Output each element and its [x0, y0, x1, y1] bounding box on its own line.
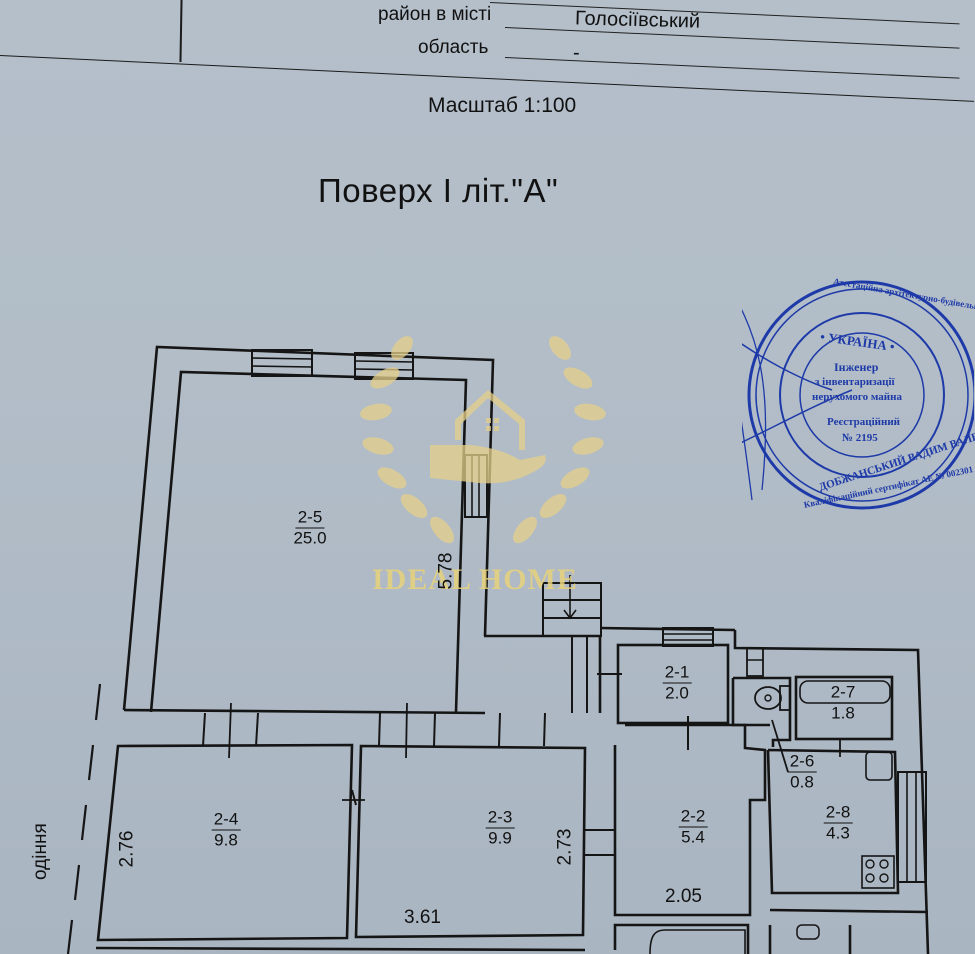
room-2-7: 2-7 1.8 — [829, 683, 858, 724]
stamp-line3: нерухомого майна — [812, 391, 902, 403]
dimension-3-61: 3.61 — [404, 907, 441, 929]
room-2-4: 2-4 9.8 — [212, 810, 241, 851]
watermark-laurel-icon — [359, 332, 607, 547]
stamp-line5: № 2195 — [842, 432, 878, 444]
dimension-2-73: 2.73 — [554, 829, 576, 866]
room-2-1: 2-1 2.0 — [663, 663, 692, 704]
edge-label: одіння — [30, 823, 52, 880]
room-number: 2-3 — [486, 808, 515, 829]
room-2-8: 2-8 4.3 — [824, 803, 853, 844]
room-number: 2-4 — [212, 810, 241, 831]
room-number: 2-5 — [296, 508, 325, 529]
room-2-5: 2-5 25.0 — [293, 508, 326, 549]
room-number: 2-1 — [663, 663, 692, 684]
room-2-3: 2-3 9.9 — [486, 808, 515, 849]
room-2-6: 2-6 0.8 — [788, 752, 817, 793]
stamp-line2: з інвентаризації — [815, 376, 895, 388]
room-area: 2.0 — [665, 684, 689, 703]
official-stamp: • УКРАЇНА • Інженер з інвентаризації нер… — [742, 270, 974, 520]
room-area: 4.3 — [826, 824, 850, 843]
room-area: 0.8 — [790, 773, 814, 792]
room-area: 9.9 — [488, 829, 512, 848]
room-2-2: 2-2 5.4 — [679, 807, 708, 848]
dimension-2-76: 2.76 — [116, 831, 138, 868]
room-number: 2-6 — [788, 752, 817, 773]
room-area: 5.4 — [681, 828, 705, 847]
room-number: 2-8 — [824, 803, 853, 824]
dimension-2-05: 2.05 — [665, 886, 702, 908]
room-area: 25.0 — [293, 529, 326, 548]
room-area: 1.8 — [831, 704, 855, 723]
dimension-5-78: 5.78 — [435, 553, 457, 590]
room-number: 2-2 — [679, 807, 708, 828]
stamp-line1: Інженер — [834, 360, 878, 375]
room-area: 9.8 — [214, 831, 238, 850]
room-number: 2-7 — [829, 683, 858, 704]
watermark-text: IDEAL HOME — [372, 563, 578, 597]
stamp-line4: Реєстраційний — [827, 416, 900, 428]
